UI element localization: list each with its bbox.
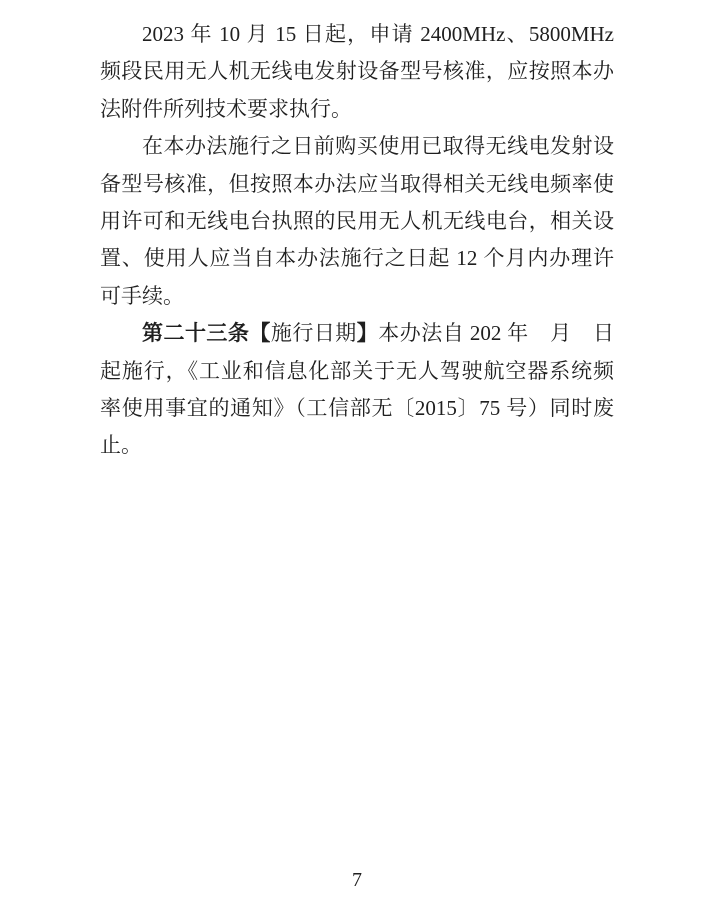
document-body: 2023 年 10 月 15 日起，申请 2400MHz、5800MHz 频段民…: [100, 16, 614, 465]
paragraph: 在本办法施行之日前购买使用已取得无线电发射设备型号核准，但按照本办法应当取得相关…: [100, 128, 614, 315]
paragraph: 2023 年 10 月 15 日起，申请 2400MHz、5800MHz 频段民…: [100, 16, 614, 128]
paragraph-text: 2023 年 10 月 15 日起，申请 2400MHz、5800MHz 频段民…: [100, 22, 614, 121]
right-lenticular-bracket: 】: [357, 321, 378, 345]
paragraph: 第二十三条【施行日期】本办法自 202 年 月 日起施行，《工业和信息化部关于无…: [100, 315, 614, 465]
paragraph-text: 在本办法施行之日前购买使用已取得无线电发射设备型号核准，但按照本办法应当取得相关…: [100, 134, 614, 308]
article-number: 第二十三条: [142, 321, 249, 345]
left-lenticular-bracket: 【: [249, 321, 270, 345]
clause-title: 施行日期: [271, 321, 357, 345]
page-number: 7: [0, 866, 714, 894]
